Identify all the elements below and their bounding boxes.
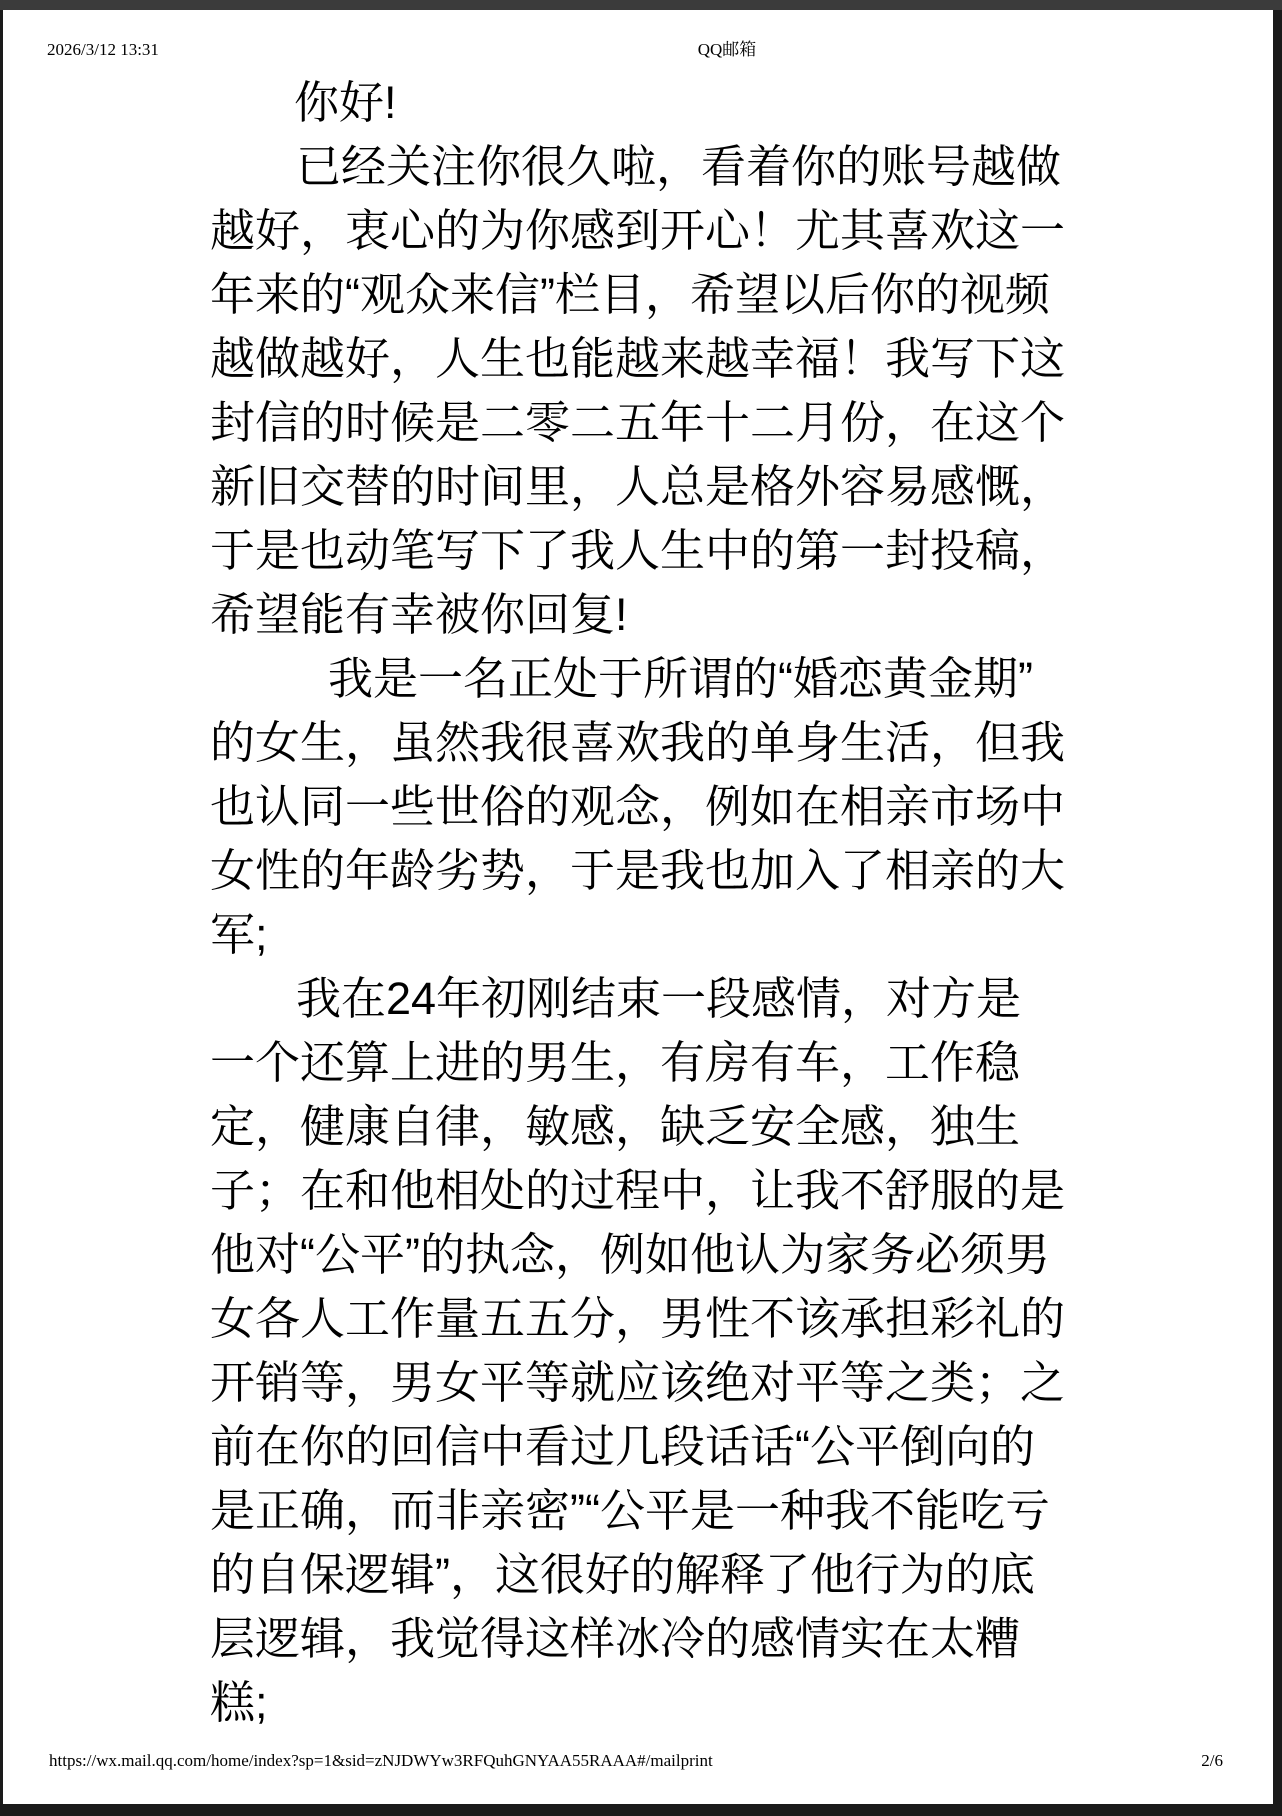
letter-line: 前在你的回信中看过几段话话“公平倒向的 xyxy=(210,1415,1110,1479)
letter-line: 军; xyxy=(210,903,1110,967)
letter-line: 我是一名正处于所谓的“婚恋黄金期” xyxy=(210,647,1110,711)
letter-line: 越做越好，人生也能越来越幸福！我写下这 xyxy=(210,327,1110,391)
letter-line: 也认同一些世俗的观念，例如在相亲市场中 xyxy=(210,775,1110,839)
letter-line: 我在24年初刚结束一段感情，对方是 xyxy=(210,967,1110,1031)
letter-line: 越好，衷心的为你感到开心！尤其喜欢这一 xyxy=(210,199,1110,263)
print-header-datetime: 2026/3/12 13:31 xyxy=(47,40,159,60)
letter-line: 定，健康自律，敏感，缺乏安全感，独生 xyxy=(210,1095,1110,1159)
letter-body: 你好!已经关注你很久啦，看着你的账号越做越好，衷心的为你感到开心！尤其喜欢这一年… xyxy=(210,71,1110,1735)
letter-line: 新旧交替的时间里，人总是格外容易感慨， xyxy=(210,455,1110,519)
print-page: 2026/3/12 13:31 QQ邮箱 你好!已经关注你很久啦，看着你的账号越… xyxy=(3,10,1273,1804)
print-footer-url: https://wx.mail.qq.com/home/index?sp=1&s… xyxy=(49,1751,713,1771)
letter-line: 层逻辑，我觉得这样冰冷的感情实在太糟 xyxy=(210,1607,1110,1671)
letter-line: 于是也动笔写下了我人生中的第一封投稿， xyxy=(210,519,1110,583)
print-footer-page-number: 2/6 xyxy=(1201,1751,1223,1771)
letter-line: 年来的“观众来信”栏目，希望以后你的视频 xyxy=(210,263,1110,327)
letter-line: 封信的时候是二零二五年十二月份，在这个 xyxy=(210,391,1110,455)
window-top-bar xyxy=(0,0,1282,10)
letter-line: 子；在和他相处的过程中，让我不舒服的是 xyxy=(210,1159,1110,1223)
letter-line: 开销等，男女平等就应该绝对平等之类；之 xyxy=(210,1351,1110,1415)
letter-line: 你好! xyxy=(210,71,1110,135)
letter-line: 一个还算上进的男生，有房有车，工作稳 xyxy=(210,1031,1110,1095)
letter-line: 希望能有幸被你回复! xyxy=(210,583,1110,647)
letter-line: 女各人工作量五五分，男性不该承担彩礼的 xyxy=(210,1287,1110,1351)
letter-line: 已经关注你很久啦，看着你的账号越做 xyxy=(210,135,1110,199)
letter-line: 糕; xyxy=(210,1671,1110,1735)
print-header-title: QQ邮箱 xyxy=(698,40,757,60)
letter-line: 的自保逻辑”，这很好的解释了他行为的底 xyxy=(210,1543,1110,1607)
letter-line: 他对“公平”的执念，例如他认为家务必须男 xyxy=(210,1223,1110,1287)
letter-line: 是正确，而非亲密”“公平是一种我不能吃亏 xyxy=(210,1479,1110,1543)
letter-line: 女性的年龄劣势，于是我也加入了相亲的大 xyxy=(210,839,1110,903)
letter-line: 的女生，虽然我很喜欢我的单身生活，但我 xyxy=(210,711,1110,775)
